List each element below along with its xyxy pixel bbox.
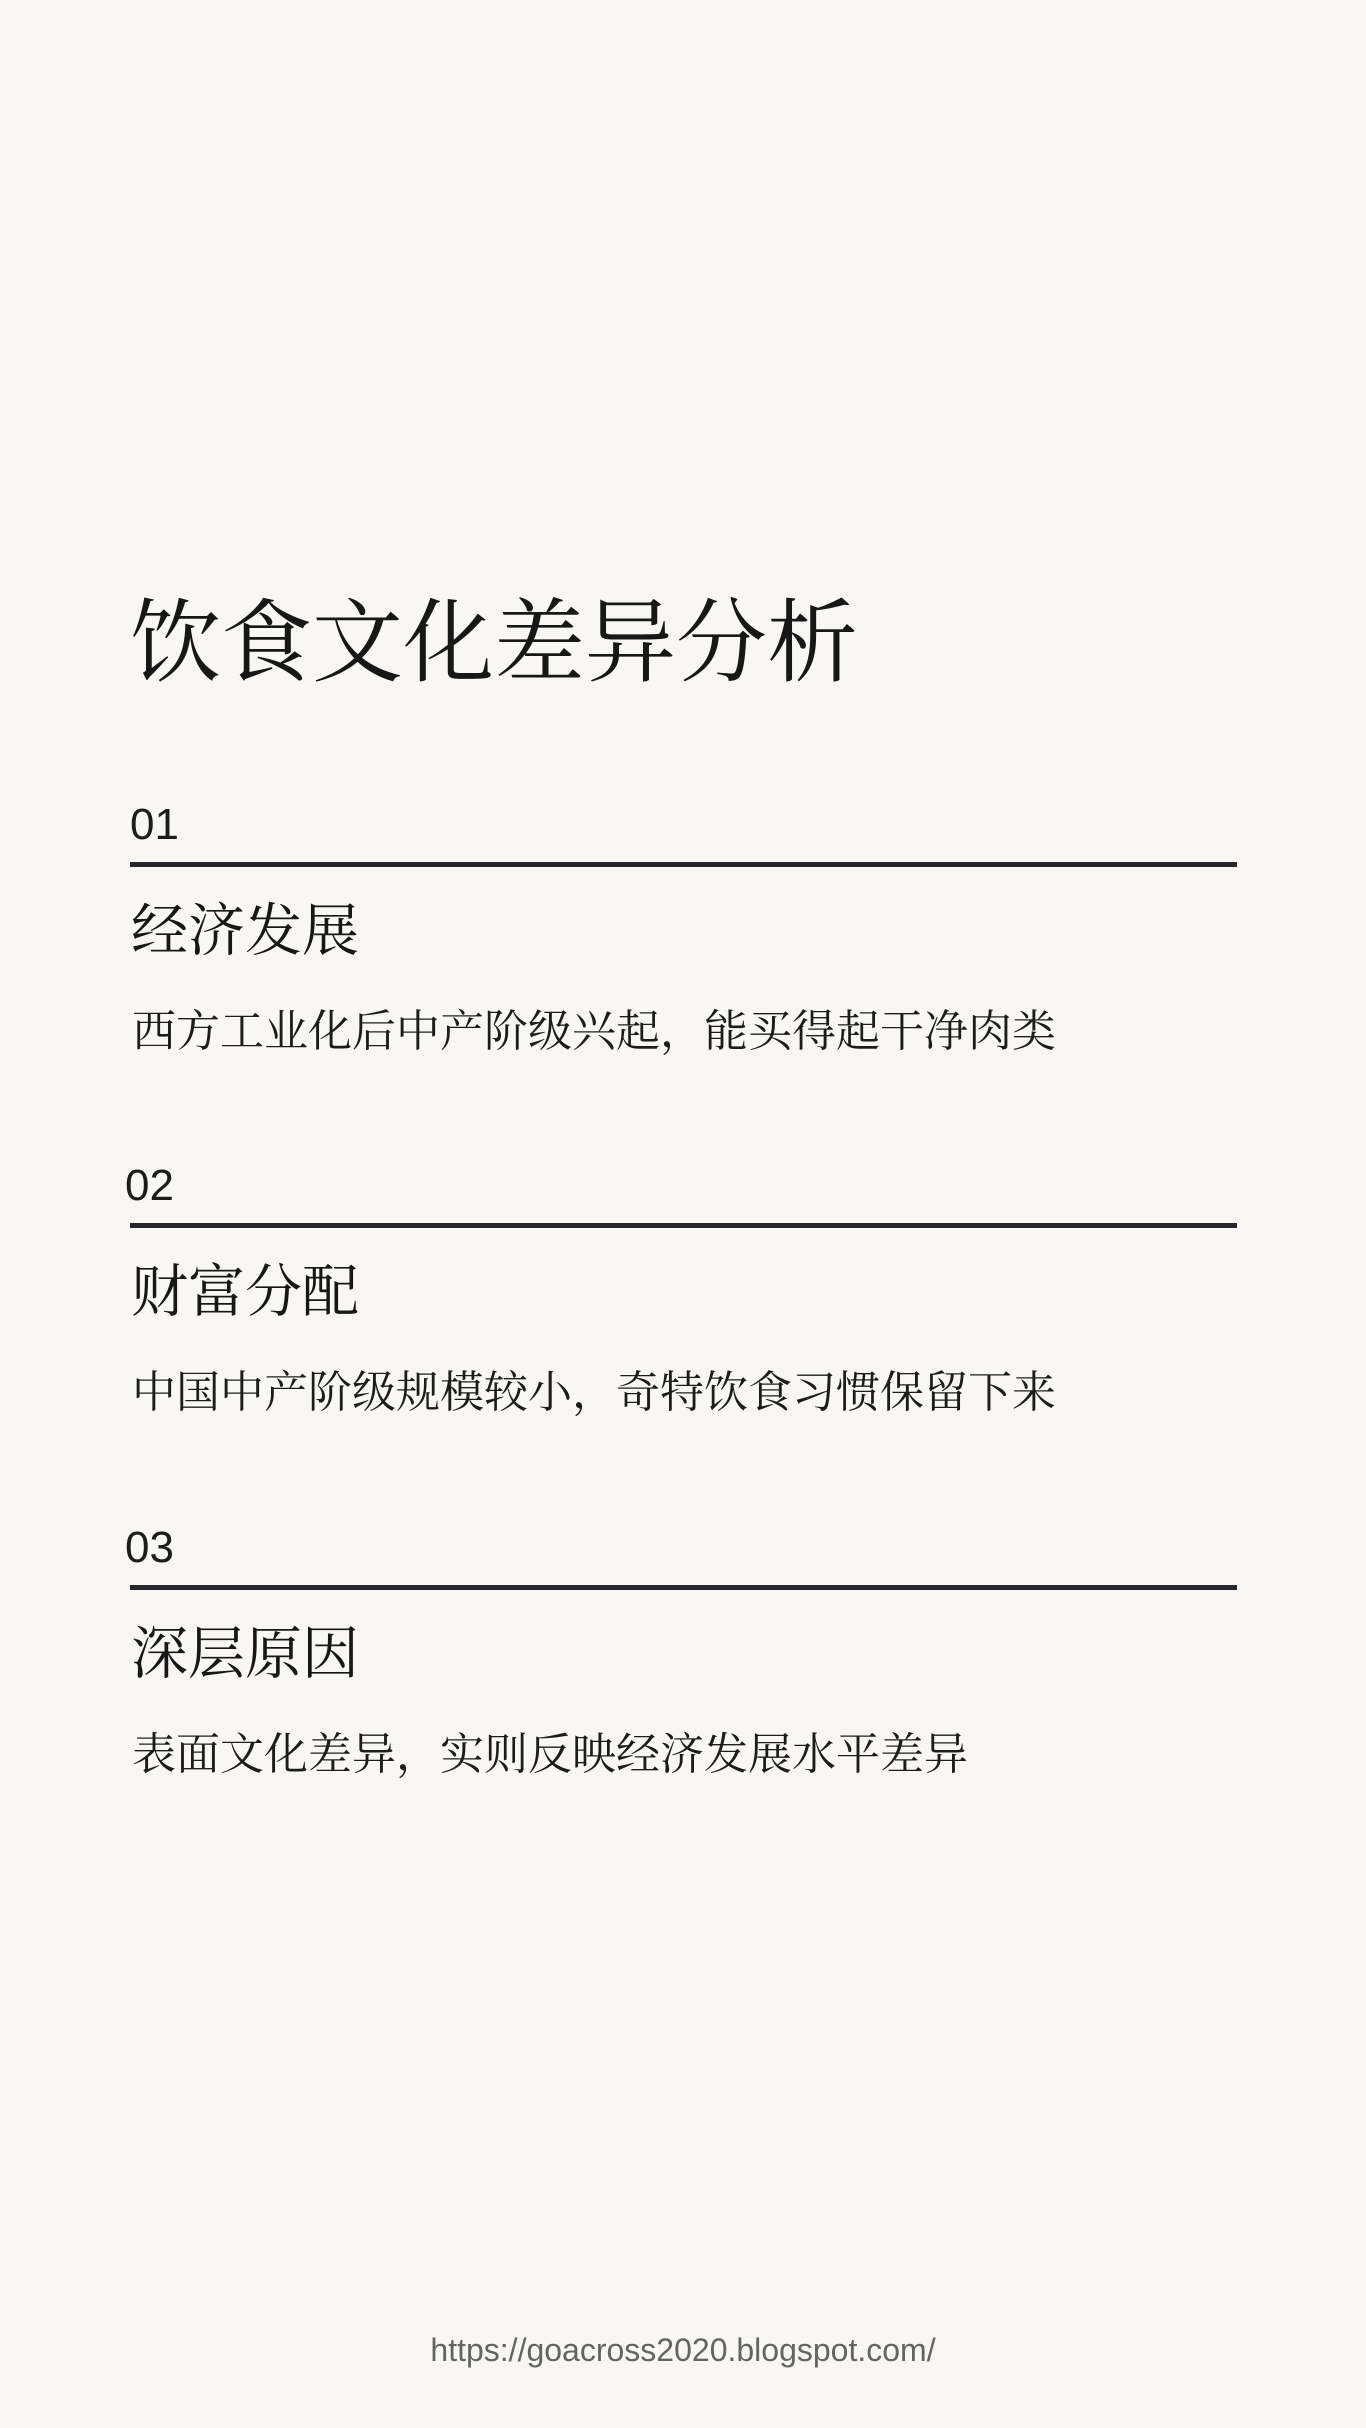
section-wealth-distribution: 02 财富分配 中国中产阶级规模较小，奇特饮食习惯保留下来 (130, 1161, 1237, 1501)
section-number: 02 (125, 1161, 174, 1211)
section-economic-development: 01 经济发展 西方工业化后中产阶级兴起，能买得起干净肉类 (130, 800, 1237, 1140)
page-title: 饮食文化差异分析 (130, 584, 858, 704)
section-number: 03 (125, 1523, 174, 1573)
section-heading: 深层原因 (131, 1614, 359, 1694)
section-divider (130, 1585, 1237, 1590)
slide: 饮食文化差异分析 01 经济发展 西方工业化后中产阶级兴起，能买得起干净肉类 0… (0, 0, 1366, 2428)
footer-url: https://goacross2020.blogspot.com/ (0, 2326, 1366, 2374)
section-divider (130, 1223, 1237, 1228)
section-body: 中国中产阶级规模较小，奇特饮食习惯保留下来 (132, 1361, 1056, 1425)
section-underlying-cause: 03 深层原因 表面文化差异，实则反映经济发展水平差异 (130, 1523, 1237, 1863)
section-heading: 财富分配 (131, 1252, 359, 1332)
section-number: 01 (130, 800, 179, 850)
section-body: 西方工业化后中产阶级兴起，能买得起干净肉类 (132, 1000, 1056, 1064)
section-heading: 经济发展 (131, 891, 359, 971)
section-body: 表面文化差异，实则反映经济发展水平差异 (132, 1723, 968, 1787)
section-divider (130, 862, 1237, 867)
